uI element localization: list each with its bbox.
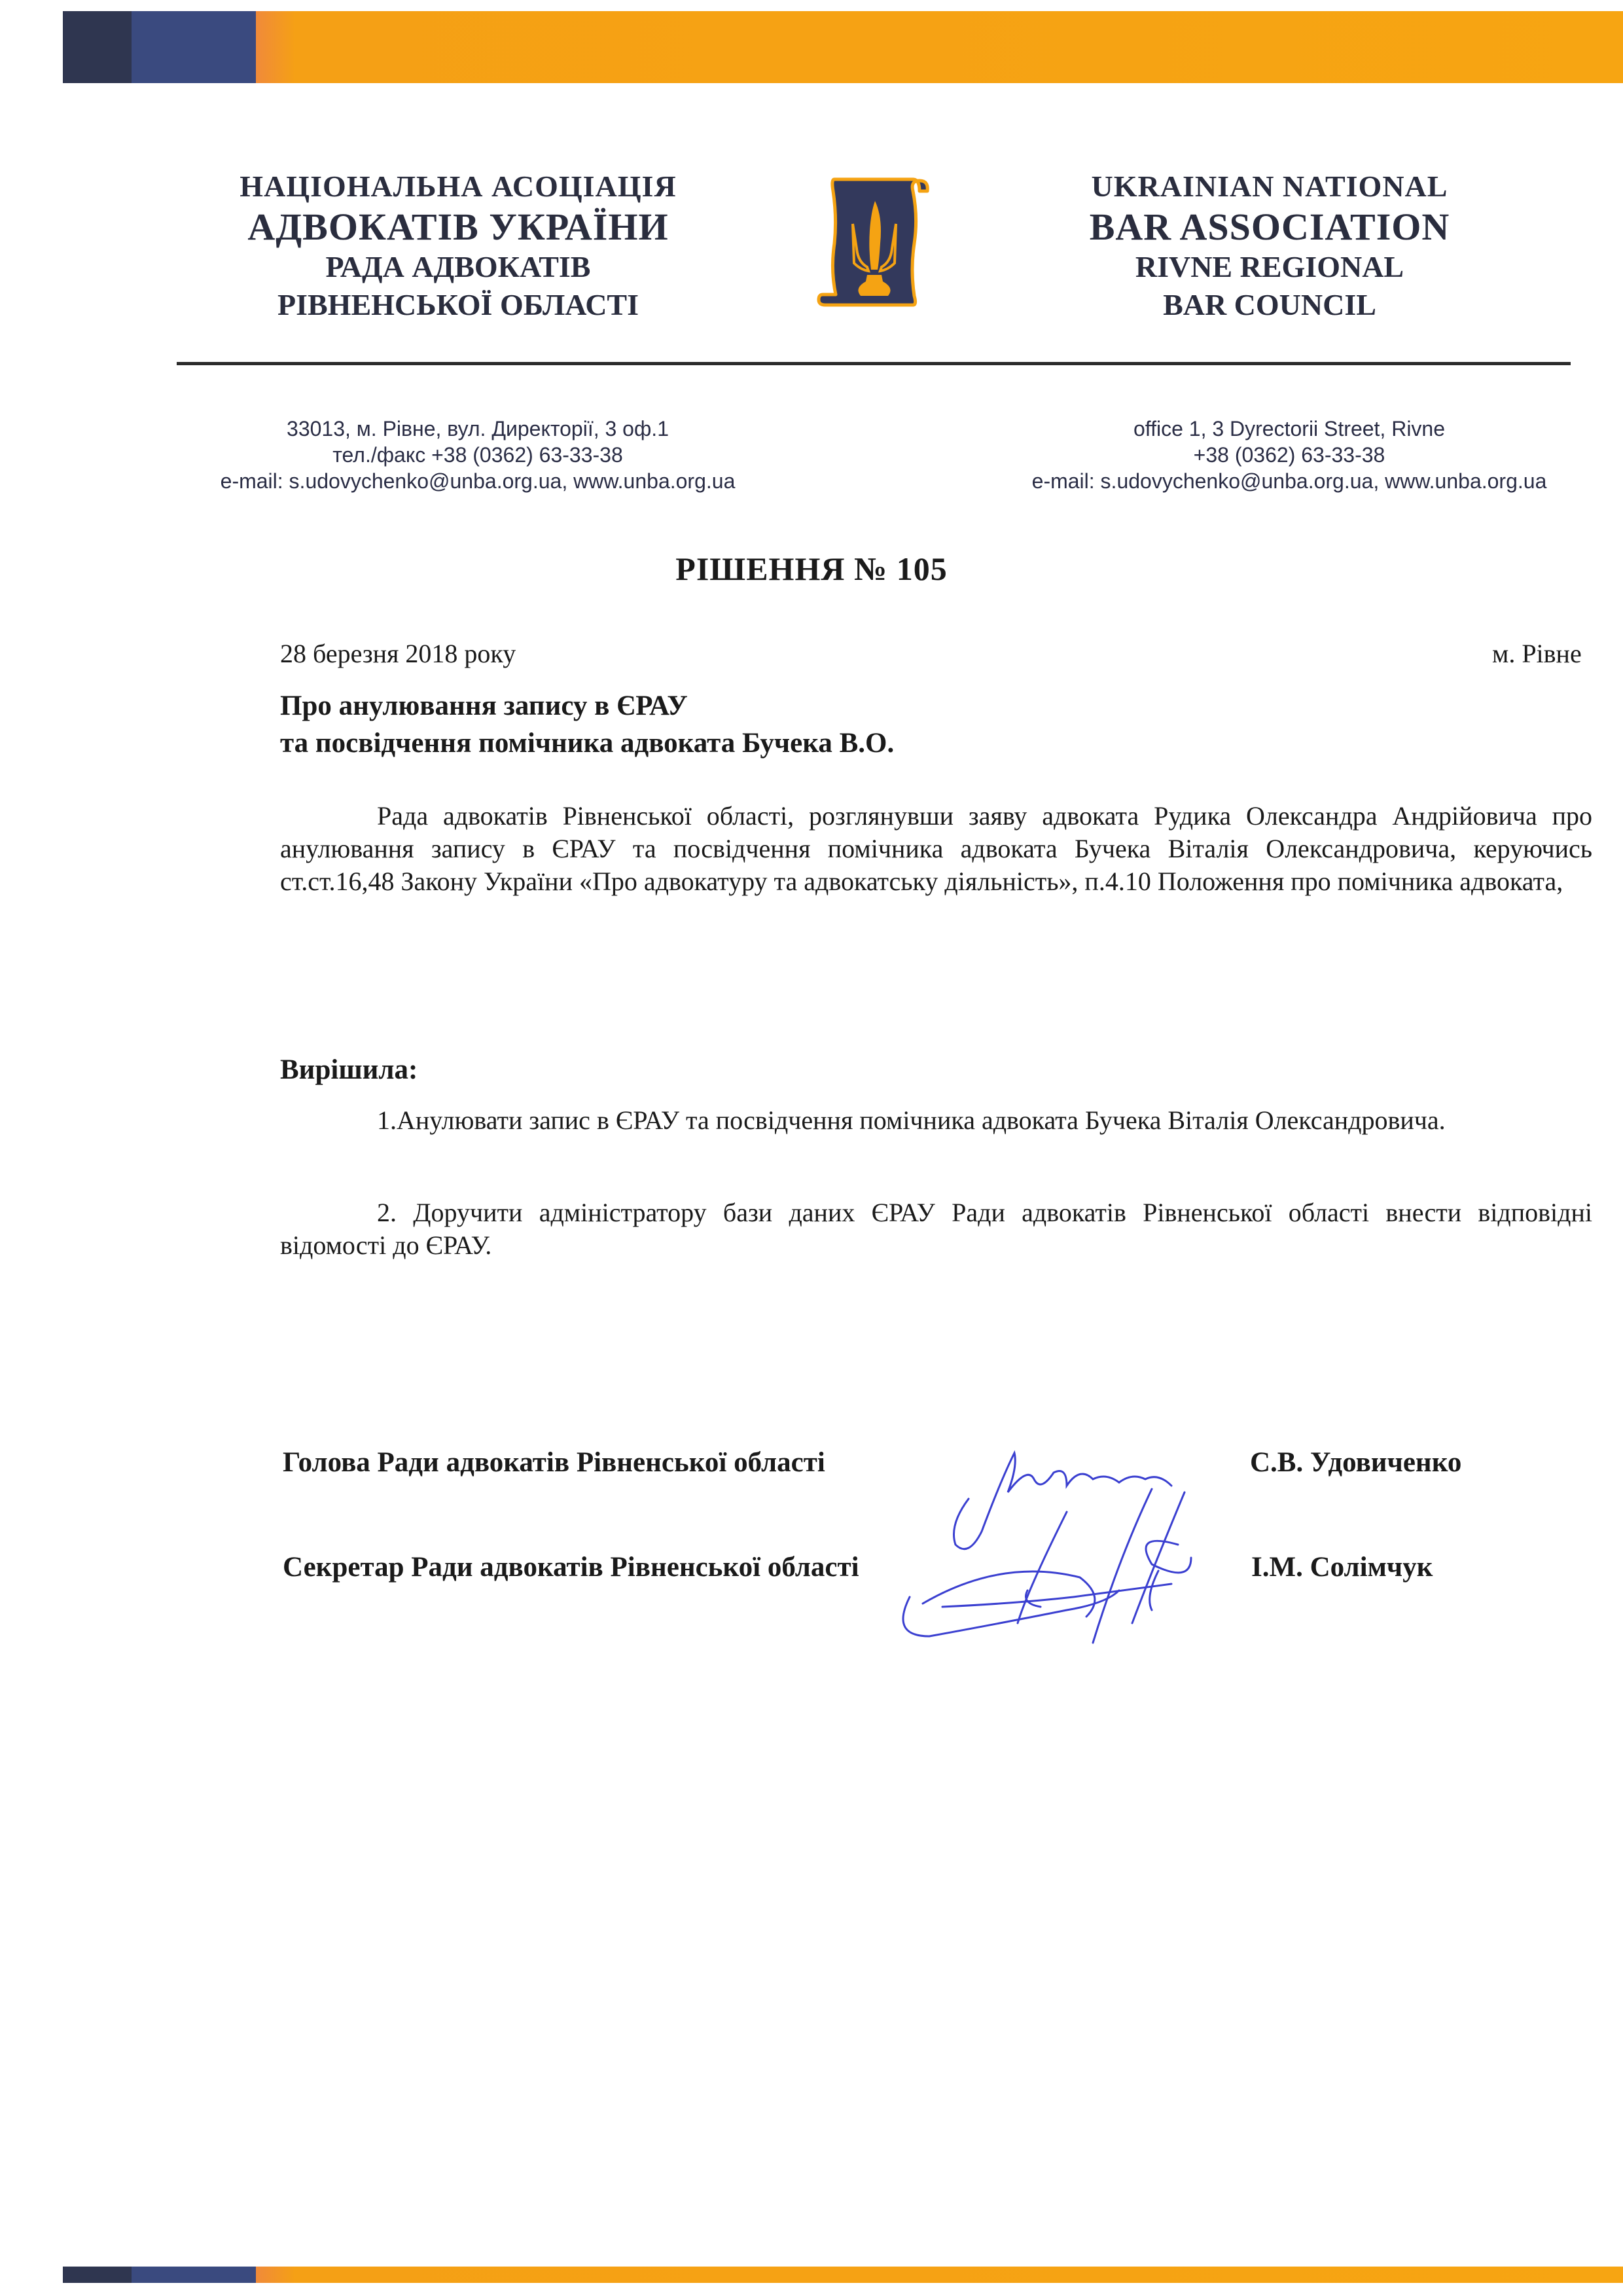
phone-en: +38 (0362) 63-33-38 <box>962 442 1616 468</box>
decision-city: м. Рівне <box>1492 638 1582 669</box>
letterhead-ukrainian: НАЦІОНАЛЬНА АСОЦІАЦІЯ АДВОКАТІВ УКРАЇНИ … <box>196 167 720 324</box>
address-en: office 1, 3 Dyrectorii Street, Rivne <box>962 416 1616 442</box>
top-color-band <box>63 11 1623 83</box>
email-web-en[interactable]: e-mail: s.udovychenko@unba.org.ua, www.u… <box>962 468 1616 494</box>
band-navy-dark <box>63 11 132 83</box>
signatory-role-secretary: Секретар Ради адвокатів Рівненської обла… <box>283 1551 859 1583</box>
resolution-item-2: 2. Доручити адміністратору бази даних ЄР… <box>280 1196 1592 1262</box>
contacts-ukrainian: 33013, м. Рівне, вул. Директорії, 3 оф.1… <box>151 416 805 494</box>
phone-ua: тел./факс +38 (0362) 63-33-38 <box>151 442 805 468</box>
letterhead-en-line2: BAR ASSOCIATION <box>1021 206 1518 248</box>
letterhead-en-line3: RIVNE REGIONAL <box>1021 248 1518 286</box>
letterhead-ua-line1: НАЦІОНАЛЬНА АСОЦІАЦІЯ <box>196 167 720 206</box>
decision-date: 28 березня 2018 року <box>280 638 516 669</box>
letterhead-ua-line2: АДВОКАТІВ УКРАЇНИ <box>196 206 720 248</box>
signatory-name-head: С.В. Удовиченко <box>1250 1446 1461 1479</box>
address-ua: 33013, м. Рівне, вул. Директорії, 3 оф.1 <box>151 416 805 442</box>
subject-line2: та посвідчення помічника адвоката Бучека… <box>280 725 894 762</box>
band-orange <box>256 11 1623 83</box>
letterhead-en-line1: UKRAINIAN NATIONAL <box>1021 167 1518 206</box>
band-navy <box>132 11 256 83</box>
signatory-name-secretary: І.М. Солімчук <box>1251 1551 1433 1583</box>
band-orange <box>256 2267 1623 2283</box>
decision-preamble: Рада адвокатів Рівненської області, розг… <box>280 800 1592 898</box>
decision-title: РІШЕННЯ № 105 <box>0 550 1623 588</box>
bar-association-logo-icon <box>815 171 933 309</box>
letterhead-ua-line3: РАДА АДВОКАТІВ <box>196 248 720 286</box>
band-navy <box>132 2267 256 2283</box>
email-web-ua[interactable]: e-mail: s.udovychenko@unba.org.ua, www.u… <box>151 468 805 494</box>
letterhead-ua-line4: РІВНЕНСЬКОЇ ОБЛАСТІ <box>196 286 720 324</box>
header-divider <box>177 362 1571 365</box>
resolution-item-1: 1.Анулювати запис в ЄРАУ та посвідчення … <box>280 1104 1592 1137</box>
bottom-color-band <box>63 2267 1623 2283</box>
contacts-english: office 1, 3 Dyrectorii Street, Rivne +38… <box>962 416 1616 494</box>
handwritten-signature-icon <box>870 1427 1315 1676</box>
subject-line1: Про анулювання запису в ЄРАУ <box>280 687 894 725</box>
signatory-role-head: Голова Ради адвокатів Рівненської област… <box>283 1446 825 1479</box>
band-navy-dark <box>63 2267 132 2283</box>
letterhead-en-line4: BAR COUNCIL <box>1021 286 1518 324</box>
resolved-label: Вирішила: <box>280 1054 418 1086</box>
decision-subject: Про анулювання запису в ЄРАУ та посвідче… <box>280 687 894 762</box>
letterhead-english: UKRAINIAN NATIONAL BAR ASSOCIATION RIVNE… <box>1021 167 1518 324</box>
